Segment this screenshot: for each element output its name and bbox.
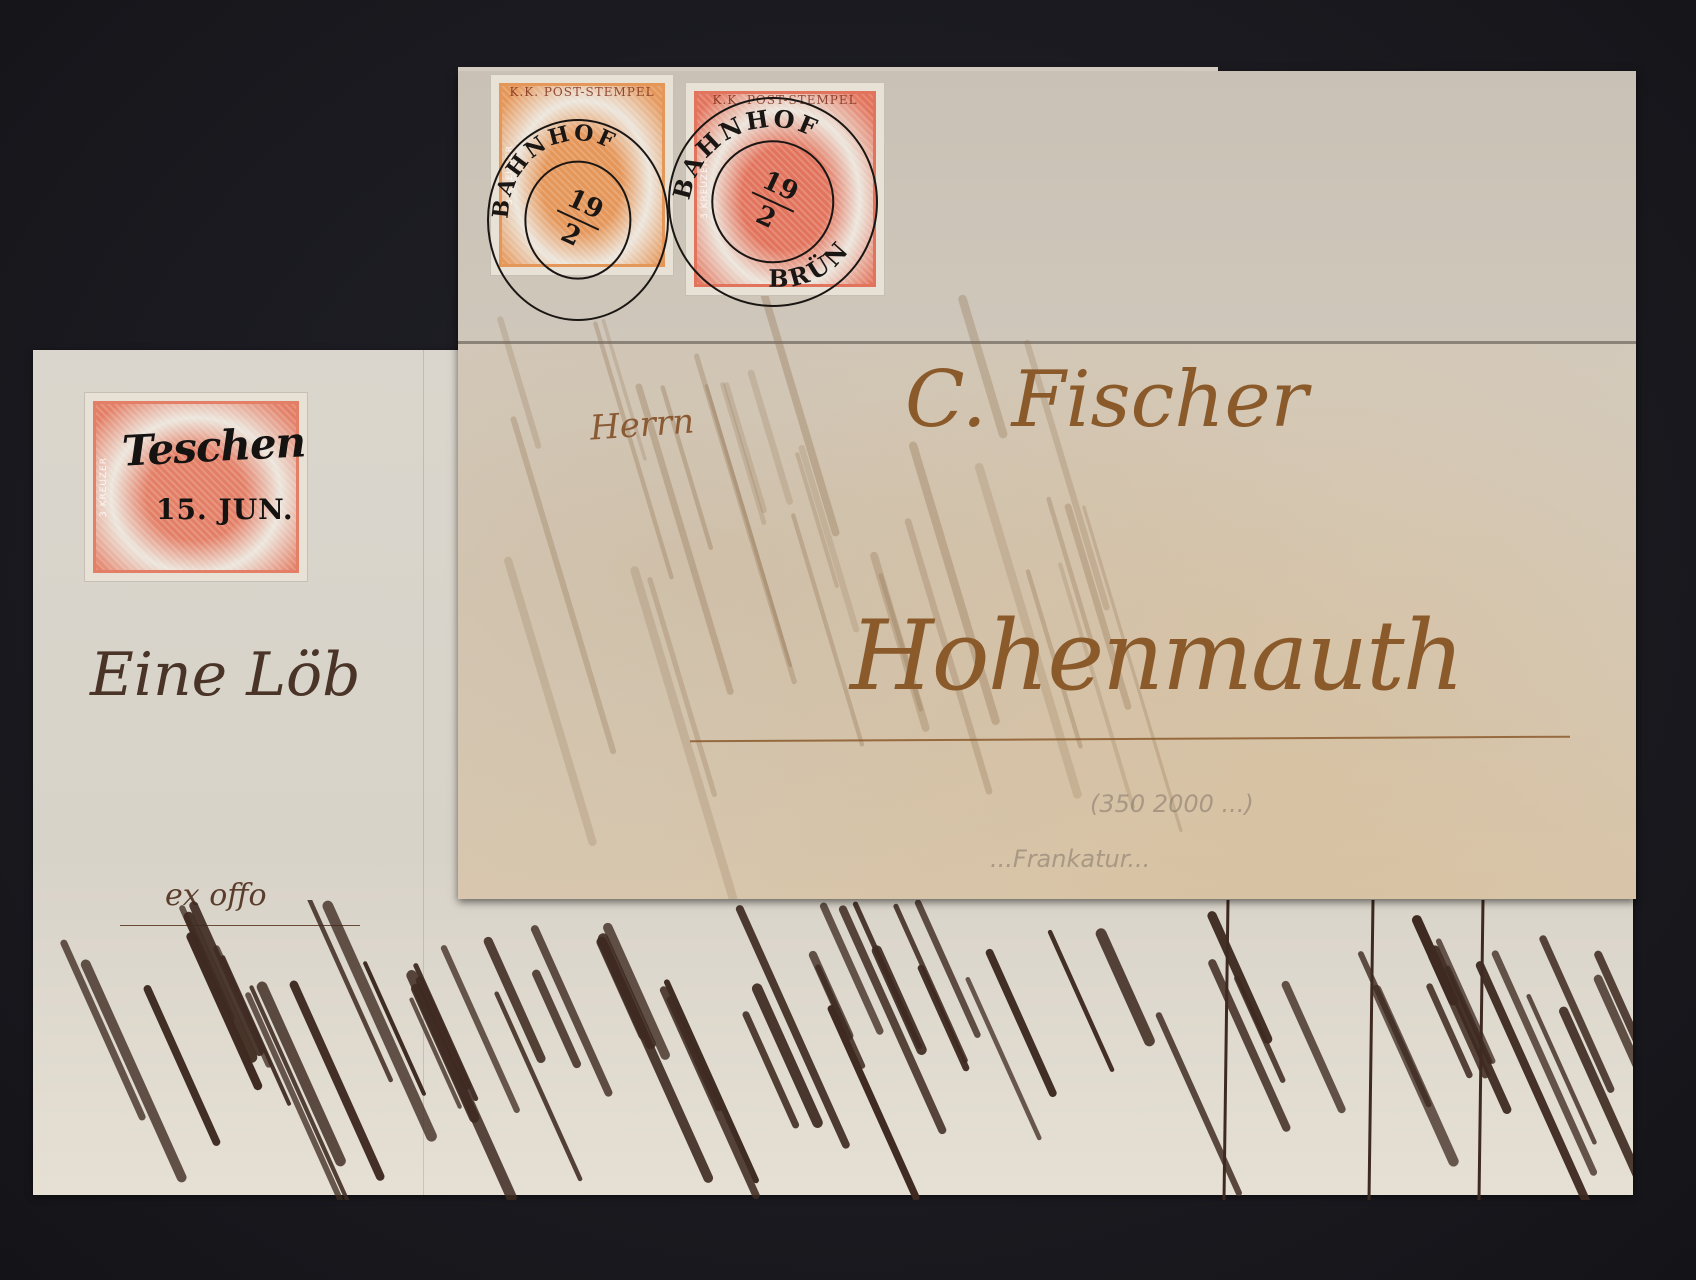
stamp-crown-text: K.K. POST-STEMPEL xyxy=(509,85,654,99)
address-name: C. Fischer xyxy=(905,355,1308,445)
address-city: Hohenmauth xyxy=(850,600,1462,712)
address-prefix: Herrn xyxy=(589,401,696,448)
cancel-date: 15. JUN. xyxy=(156,493,294,526)
crossed-out-writing xyxy=(33,900,1633,1200)
cancel-town: Teschen xyxy=(121,417,306,476)
album-page: 3 KREUZER Teschen 15. JUN. Eine Löb ex o… xyxy=(0,0,1696,1280)
letter-salutation: Eine Löb xyxy=(90,640,361,710)
postmark-bahnhof-brunn: BAHNHOF 19 2 xyxy=(487,119,669,321)
stamp-denomination: 3 KREUZER xyxy=(99,415,109,559)
pencil-note: ...Frankatur... xyxy=(990,845,1150,873)
postmark-bahnhof-brunn: BAHNHOF BRÜNN 19 2 xyxy=(668,97,878,307)
pencil-note: (350 2000 ...) xyxy=(1090,790,1254,818)
